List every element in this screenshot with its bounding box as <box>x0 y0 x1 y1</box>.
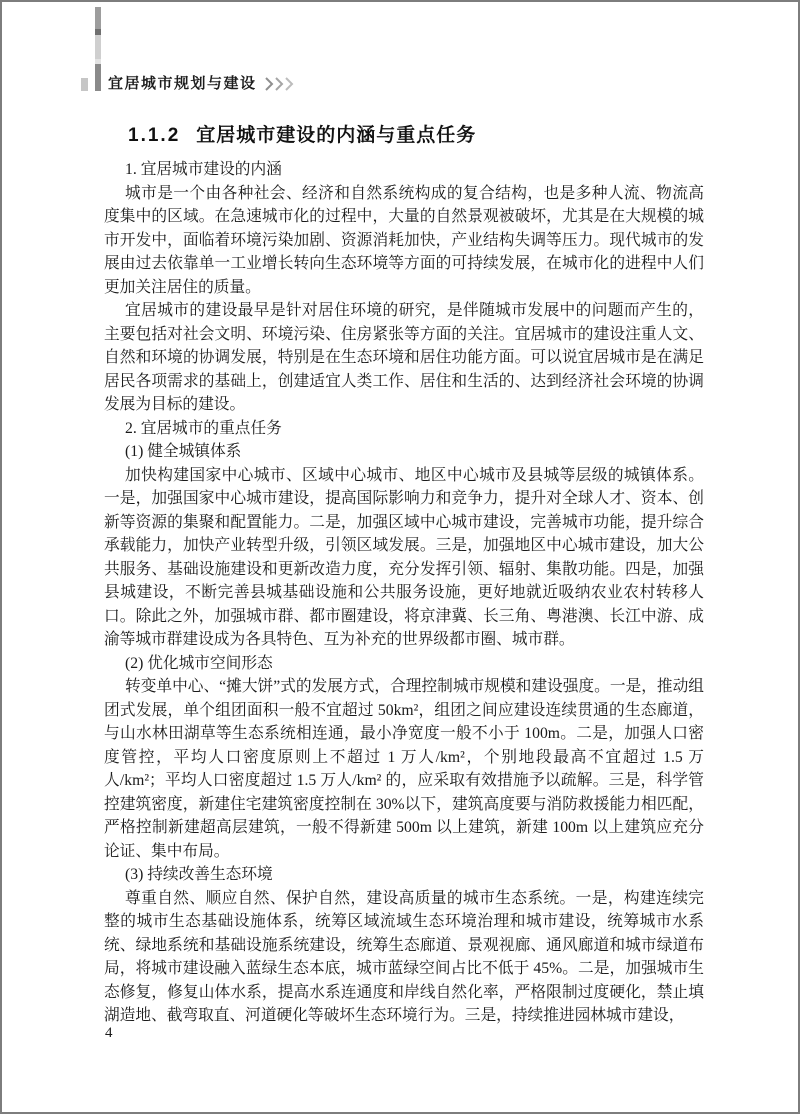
margin-bar-segment <box>95 64 101 91</box>
section-heading: 1.1.2宜居城市建设的内涵与重点任务 <box>128 120 476 147</box>
page-number: 4 <box>105 1025 113 1042</box>
body-paragraph: 尊重自然、顺应自然、保护自然，建设高质量的城市生态系统。一是，构建连续完整的城市… <box>104 887 704 1028</box>
margin-marker <box>81 78 88 91</box>
book-title: 宜居城市规划与建设 <box>108 72 257 93</box>
margin-bar-segment <box>95 7 101 29</box>
margin-bar-segment <box>95 35 101 59</box>
body-paragraph: 加快构建国家中心城市、区域中心城市、地区中心城市及县城等层级的城镇体系。一是，加… <box>104 464 704 652</box>
running-head: 宜居城市规划与建设 <box>108 72 300 93</box>
body-paragraph: 城市是一个由各种社会、经济和自然系统构成的复合结构，也是多种人流、物流高度集中的… <box>104 182 704 300</box>
book-page: 宜居城市规划与建设 1.1.2宜居城市建设的内涵与重点任务 1. 宜居城市建设的… <box>0 0 800 1114</box>
page-body: 1. 宜居城市建设的内涵 城市是一个由各种社会、经济和自然系统构成的复合结构，也… <box>104 158 704 1028</box>
body-paragraph: 转变单中心、“摊大饼”式的发展方式，合理控制城市规模和建设强度。一是，推动组团式… <box>104 675 704 863</box>
item-subheading: (1) 健全城镇体系 <box>104 440 704 464</box>
numbered-subheading: 2. 宜居城市的重点任务 <box>104 417 704 441</box>
item-subheading: (2) 优化城市空间形态 <box>104 652 704 676</box>
numbered-subheading: 1. 宜居城市建设的内涵 <box>104 158 704 182</box>
item-subheading: (3) 持续改善生态环境 <box>104 863 704 887</box>
triple-chevron-right-icon <box>264 77 300 91</box>
section-number: 1.1.2 <box>128 125 180 146</box>
chapter-margin-bar <box>95 7 101 91</box>
section-title: 宜居城市建设的内涵与重点任务 <box>196 125 476 146</box>
body-paragraph: 宜居城市的建设最早是针对居住环境的研究，是伴随城市发展中的问题而产生的，主要包括… <box>104 299 704 417</box>
